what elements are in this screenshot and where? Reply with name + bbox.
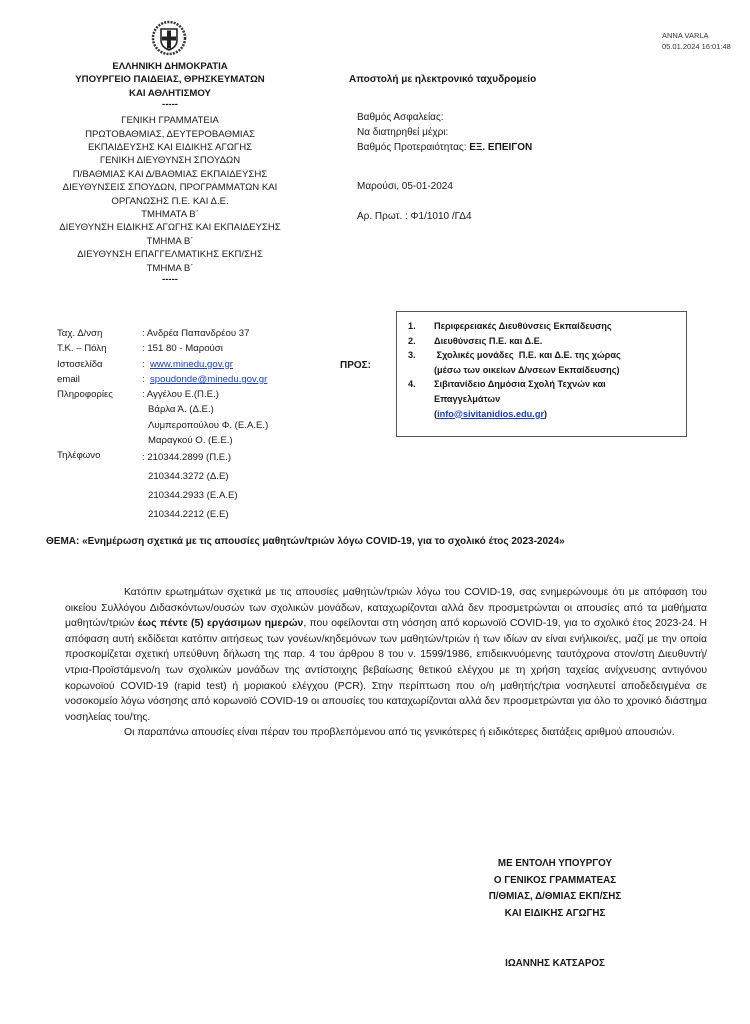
recipients-list: 1. Περιφερειακές Διευθύνσεις Εκπαίδευσης… [408,319,688,421]
separator: ----- [40,275,300,285]
recipient-item: 1. Περιφερειακές Διευθύνσεις Εκπαίδευσης [408,319,688,334]
signature-line: Π/ΘΜΙΑΣ, Δ/ΘΜΙΑΣ ΕΚΠ/ΣΗΣ [430,889,680,906]
delivery-method: Αποστολή με ηλεκτρονικό ταχυδρομείο [349,74,536,85]
contact-details: Ταχ. Δ/νση : Ανδρέα Παπανδρέου 37 Τ.Κ. –… [57,326,268,524]
body-paragraph-1: Κατόπιν ερωτημάτων σχετικά με τις απουσί… [65,585,707,725]
signature-datetime: 05.01.2024 16:01:48 [662,41,731,52]
body-emphasis: έως πέντε (5) εργάσιμων ημερών [138,618,304,629]
email-link[interactable]: spoudonde@minedu.gov.gr [150,374,267,385]
document-body: Κατόπιν ερωτημάτων σχετικά με τις απουσί… [65,585,707,741]
phone-label: Τηλέφωνο [57,448,142,467]
department-line: ΤΜΗΜΑ Β΄ [40,235,300,248]
signature-block: ΜΕ ΕΝΤΟΛΗ ΥΠΟΥΡΓΟΥ Ο ΓΕΝΙΚΟΣ ΓΡΑΜΜΑΤΕΑΣ … [430,856,680,922]
recipient-text: Περιφερειακές Διευθύνσεις Εκπαίδευσης [434,319,688,334]
department-line: ΔΙΕΥΘΥΝΣΕΙΣ ΣΠΟΥΔΩΝ, ΠΡΟΓΡΑΜΜΑΤΩΝ ΚΑΙ [40,181,300,194]
department-line: ΤΜΗΜΑ Β΄ [40,262,300,275]
recipient-item: 2. Διευθύνσεις Π.Ε. και Δ.Ε. [408,334,688,349]
department-line: ΤΜΗΜΑΤΑ Β΄ [40,208,300,221]
postal-row: Τ.Κ. – Πόλη : 151 80 - Μαρούσι [57,341,268,356]
signer-name: ANNA VARLA [662,30,731,41]
website-label: Ιστοσελίδα [57,357,142,372]
phone-value: 210344.2933 (Ε.Α.Ε) [57,486,268,505]
department-line: ΠΡΩΤΟΒΑΘΜΙΑΣ, ΔΕΥΤΕΡΟΒΑΘΜΙΑΣ [40,128,300,141]
subject-label: ΘΕΜΑ: [46,536,79,547]
phone-value: 210344.3272 (Δ.Ε) [57,467,268,486]
document-date: Μαρούσι, 05-01-2024 [357,181,453,192]
info-value: Μαραγκού Ο. (Ε.Ε.) [57,433,268,448]
issuer-header: ΕΛΛΗΝΙΚΗ ΔΗΜΟΚΡΑΤΙΑ ΥΠΟΥΡΓΕΙΟ ΠΑΙΔΕΙΑΣ, … [40,60,300,285]
recipient-email-link[interactable]: info@sivitanidios.edu.gr [437,409,544,419]
postal-value: : 151 80 - Μαρούσι [142,341,223,356]
body-text: , που οφείλονται στη νόσηση από κορωνοϊό… [65,618,707,723]
recipient-number: 1. [408,319,434,334]
info-value: : Αγγέλου Ε.(Π.Ε.) [142,387,219,402]
info-value: Βάρλα Ά. (Δ.Ε.) [57,402,268,417]
subject-text: «Ενημέρωση σχετικά με τις απουσίες μαθητ… [79,536,564,547]
recipient-item: 3. Σχολικές μονάδες Π.Ε. και Δ.Ε. της χώ… [408,348,688,377]
priority-label: Βαθμός Προτεραιότητας: [357,142,466,153]
separator: ----- [40,100,300,110]
recipient-text: Διευθύνσεις Π.Ε. και Δ.Ε. [434,334,688,349]
info-value: Λυμπεροπούλου Φ. (Ε.Α.Ε.) [57,418,268,433]
country-name: ΕΛΛΗΝΙΚΗ ΔΗΜΟΚΡΑΤΙΑ [40,60,300,73]
address-label: Ταχ. Δ/νση [57,326,142,341]
recipient-number: 4. [408,377,434,421]
recipient-text: Σιβιτανίδειο Δημόσια Σχολή Τεχνών και Επ… [434,379,606,404]
body-paragraph-2: Οι παραπάνω απουσίες είναι πέραν του προ… [65,725,707,741]
address-row: Ταχ. Δ/νση : Ανδρέα Παπανδρέου 37 [57,326,268,341]
address-value: : Ανδρέα Παπανδρέου 37 [142,326,249,341]
department-line: ΔΙΕΥΘΥΝΣΗ ΕΠΑΓΓΕΛΜΑΤΙΚΗΣ ΕΚΠ/ΣΗΣ [40,248,300,261]
department-line: ΔΙΕΥΘΥΝΣΗ ΕΙΔΙΚΗΣ ΑΓΩΓΗΣ ΚΑΙ ΕΚΠΑΙΔΕΥΣΗΣ [40,221,300,234]
phone-value: 210344.2212 (Ε.Ε) [57,505,268,524]
priority-value: ΕΞ. ΕΠΕΙΓΟΝ [469,142,532,153]
recipient-item: 4. Σιβιτανίδειο Δημόσια Σχολή Τεχνών και… [408,377,688,421]
email-prefix: : [142,374,150,385]
postal-label: Τ.Κ. – Πόλη [57,341,142,356]
subject-line: ΘΕΜΑ: «Ενημέρωση σχετικά με τις απουσίες… [46,533,706,550]
recipient-text: Σχολικές μονάδες Π.Ε. και Δ.Ε. της χώρας [434,350,621,360]
greek-coat-of-arms-icon [151,20,187,56]
department-line: ΕΚΠΑΙΔΕΥΣΗΣ ΚΑΙ ΕΙΔΙΚΗΣ ΑΓΩΓΗΣ [40,141,300,154]
ministry-line-1: ΥΠΟΥΡΓΕΙΟ ΠΑΙΔΕΙΑΣ, ΘΡΗΣΚΕΥΜΑΤΩΝ [40,73,300,86]
signature-line: Ο ΓΕΝΙΚΟΣ ΓΡΑΜΜΑΤΕΑΣ [430,873,680,890]
recipients-label: ΠΡΟΣ: [340,360,371,371]
website-row: Ιστοσελίδα : www.minedu.gov.gr [57,357,268,372]
signature-line: ΜΕ ΕΝΤΟΛΗ ΥΠΟΥΡΓΟΥ [430,856,680,873]
department-line: ΓΕΝΙΚΗ ΔΙΕΥΘΥΝΣΗ ΣΠΟΥΔΩΝ [40,154,300,167]
phone-value: : 210344.2899 (Π.Ε.) [142,448,231,467]
info-label: Πληροφορίες [57,387,142,402]
website-link[interactable]: www.minedu.gov.gr [150,359,233,370]
security-level-label: Βαθμός Ασφαλείας: [357,110,532,125]
recipient-number: 2. [408,334,434,349]
digital-signature-stamp: ANNA VARLA 05.01.2024 16:01:48 [662,30,731,52]
priority-row: Βαθμός Προτεραιότητας: ΕΞ. ΕΠΕΙΓΟΝ [357,140,532,155]
info-row: Πληροφορίες : Αγγέλου Ε.(Π.Ε.) [57,387,268,402]
department-line: ΟΡΓΑΝΩΣΗΣ Π.Ε. ΚΑΙ Δ.Ε. [40,195,300,208]
recipient-number: 3. [408,348,434,377]
retain-until-label: Να διατηρηθεί μέχρι: [357,125,532,140]
email-label: email [57,372,142,387]
recipient-note: (μέσω των οικείων Δ/νσεων Εκπαίδευσης) [434,365,620,375]
department-line: Π/ΒΑΘΜΙΑΣ ΚΑΙ Δ/ΒΑΘΜΙΑΣ ΕΚΠΑΙΔΕΥΣΗΣ [40,168,300,181]
signature-line: ΚΑΙ ΕΙΔΙΚΗΣ ΑΓΩΓΗΣ [430,906,680,923]
protocol-number: Αρ. Πρωτ. : Φ1/1010 /ΓΔ4 [357,211,472,222]
phone-row: Τηλέφωνο : 210344.2899 (Π.Ε.) [57,448,268,467]
paren-close: ) [544,409,547,419]
signatory-name: ΙΩΑΝΝΗΣ ΚΑΤΣΑΡΟΣ [430,958,680,969]
website-prefix: : [142,359,150,370]
ministry-line-2: ΚΑΙ ΑΘΛΗΤΙΣΜΟΥ [40,87,300,100]
department-line: ΓΕΝΙΚΗ ΓΡΑΜΜΑΤΕΙΑ [40,114,300,127]
email-row: email : spoudonde@minedu.gov.gr [57,372,268,387]
classification-block: Βαθμός Ασφαλείας: Να διατηρηθεί μέχρι: Β… [357,110,532,155]
